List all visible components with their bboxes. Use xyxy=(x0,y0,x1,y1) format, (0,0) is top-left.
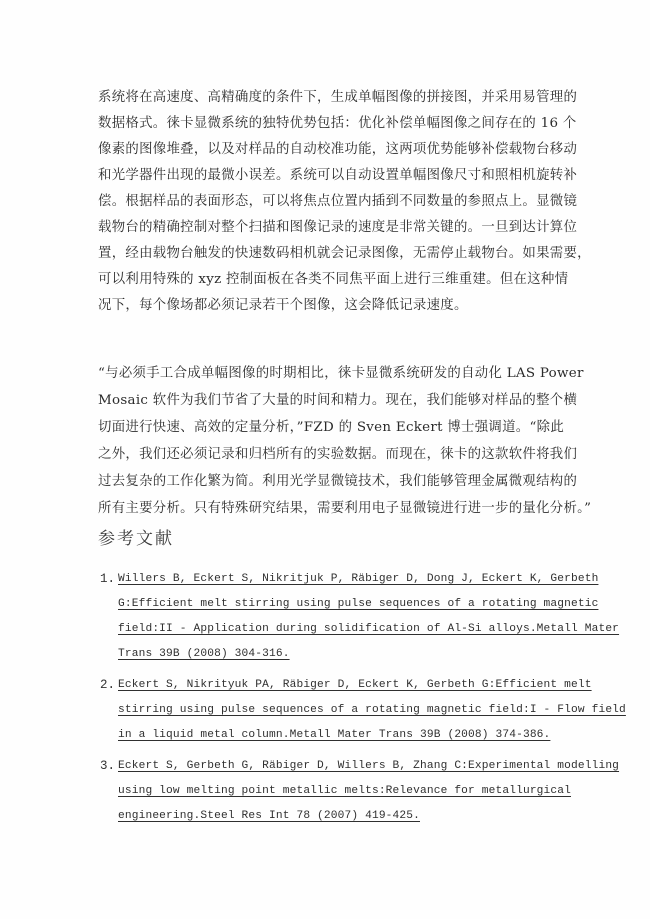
paragraph-line: 偿。根据样品的表面形态，可以将焦点位置内插到不同数量的参照点上。显微镜 xyxy=(98,194,577,210)
reference-link-line[interactable]: Trans 39B (2008) 304-316. xyxy=(118,648,290,660)
paragraph-line: 况下，每个像场都必须记录若干个图像，这会降低记录速度。 xyxy=(98,298,468,314)
quote-line: 切面进行快速、高效的定量分析，”FZD 的 Sven Eckert 博士强调道。… xyxy=(98,420,564,436)
paragraph-line: 载物台的精确控制对整个扫描和图像记录的速度是非常关键的。一旦到达计算位 xyxy=(98,220,577,236)
document-page: 系统将在高速度、高精确度的条件下，生成单幅图像的拼接图，并采用易管理的 数据格式… xyxy=(0,0,650,919)
reference-link-line[interactable]: Eckert S, Gerbeth G, Räbiger D, Willers … xyxy=(118,760,619,772)
quote-line: 所有主要分析。只有特殊研究结果，需要利用电子显微镜进行进一步的量化分析。” xyxy=(98,501,591,517)
reference-link-line[interactable]: in a liquid metal column.Metall Mater Tr… xyxy=(118,729,550,741)
reference-number: 3. xyxy=(100,759,115,773)
reference-link-line[interactable]: G:Efficient melt stirring using pulse se… xyxy=(118,598,598,610)
references-heading: 参考文献 xyxy=(98,524,174,549)
reference-number: 2. xyxy=(100,678,115,692)
reference-number: 1. xyxy=(100,572,115,586)
quote-line: “与必须手工合成单幅图像的时期相比，徕卡显微系统研发的自动化 LAS Power xyxy=(98,366,584,382)
quote-line: Mosaic 软件为我们节省了大量的时间和精力。现在，我们能够对样品的整个横 xyxy=(98,393,577,409)
paragraph-line: 和光学器件出现的最微小误差。系统可以自动设置单幅图像尺寸和照相机旋转补 xyxy=(98,168,577,184)
reference-link-line[interactable]: using low melting point metallic melts:R… xyxy=(118,785,571,797)
reference-link-line[interactable]: Willers B, Eckert S, Nikritjuk P, Räbige… xyxy=(118,573,598,585)
reference-link-line[interactable]: engineering.Steel Res Int 78 (2007) 419-… xyxy=(118,810,420,822)
reference-link-line[interactable]: stirring using pulse sequences of a rota… xyxy=(118,704,626,716)
paragraph-line: 置，经由载物台触发的快速数码相机就会记录图像，无需停止载物台。如果需要， xyxy=(98,246,591,262)
quote-line: 过去复杂的工作化繁为简。利用光学显微镜技术，我们能够管理金属微观结构的 xyxy=(98,474,577,490)
reference-link-line[interactable]: Eckert S, Nikrityuk PA, Räbiger D, Ecker… xyxy=(118,679,592,691)
paragraph-line: 系统将在高速度、高精确度的条件下，生成单幅图像的拼接图，并采用易管理的 xyxy=(98,90,577,106)
paragraph-line: 数据格式。徕卡显微系统的独特优势包括：优化补偿单幅图像之间存在的 16 个 xyxy=(98,116,577,132)
reference-link-line[interactable]: field:II - Application during solidifica… xyxy=(118,623,619,635)
paragraph-line: 像素的图像堆叠，以及对样品的自动校准功能，这两项优势能够补偿载物台移动 xyxy=(98,142,577,158)
paragraph-line: 可以利用特殊的 xyz 控制面板在各类不同焦平面上进行三维重建。但在这种情 xyxy=(98,272,568,288)
quote-line: 之外，我们还必须记录和归档所有的实验数据。而现在，徕卡的这款软件将我们 xyxy=(98,447,577,463)
